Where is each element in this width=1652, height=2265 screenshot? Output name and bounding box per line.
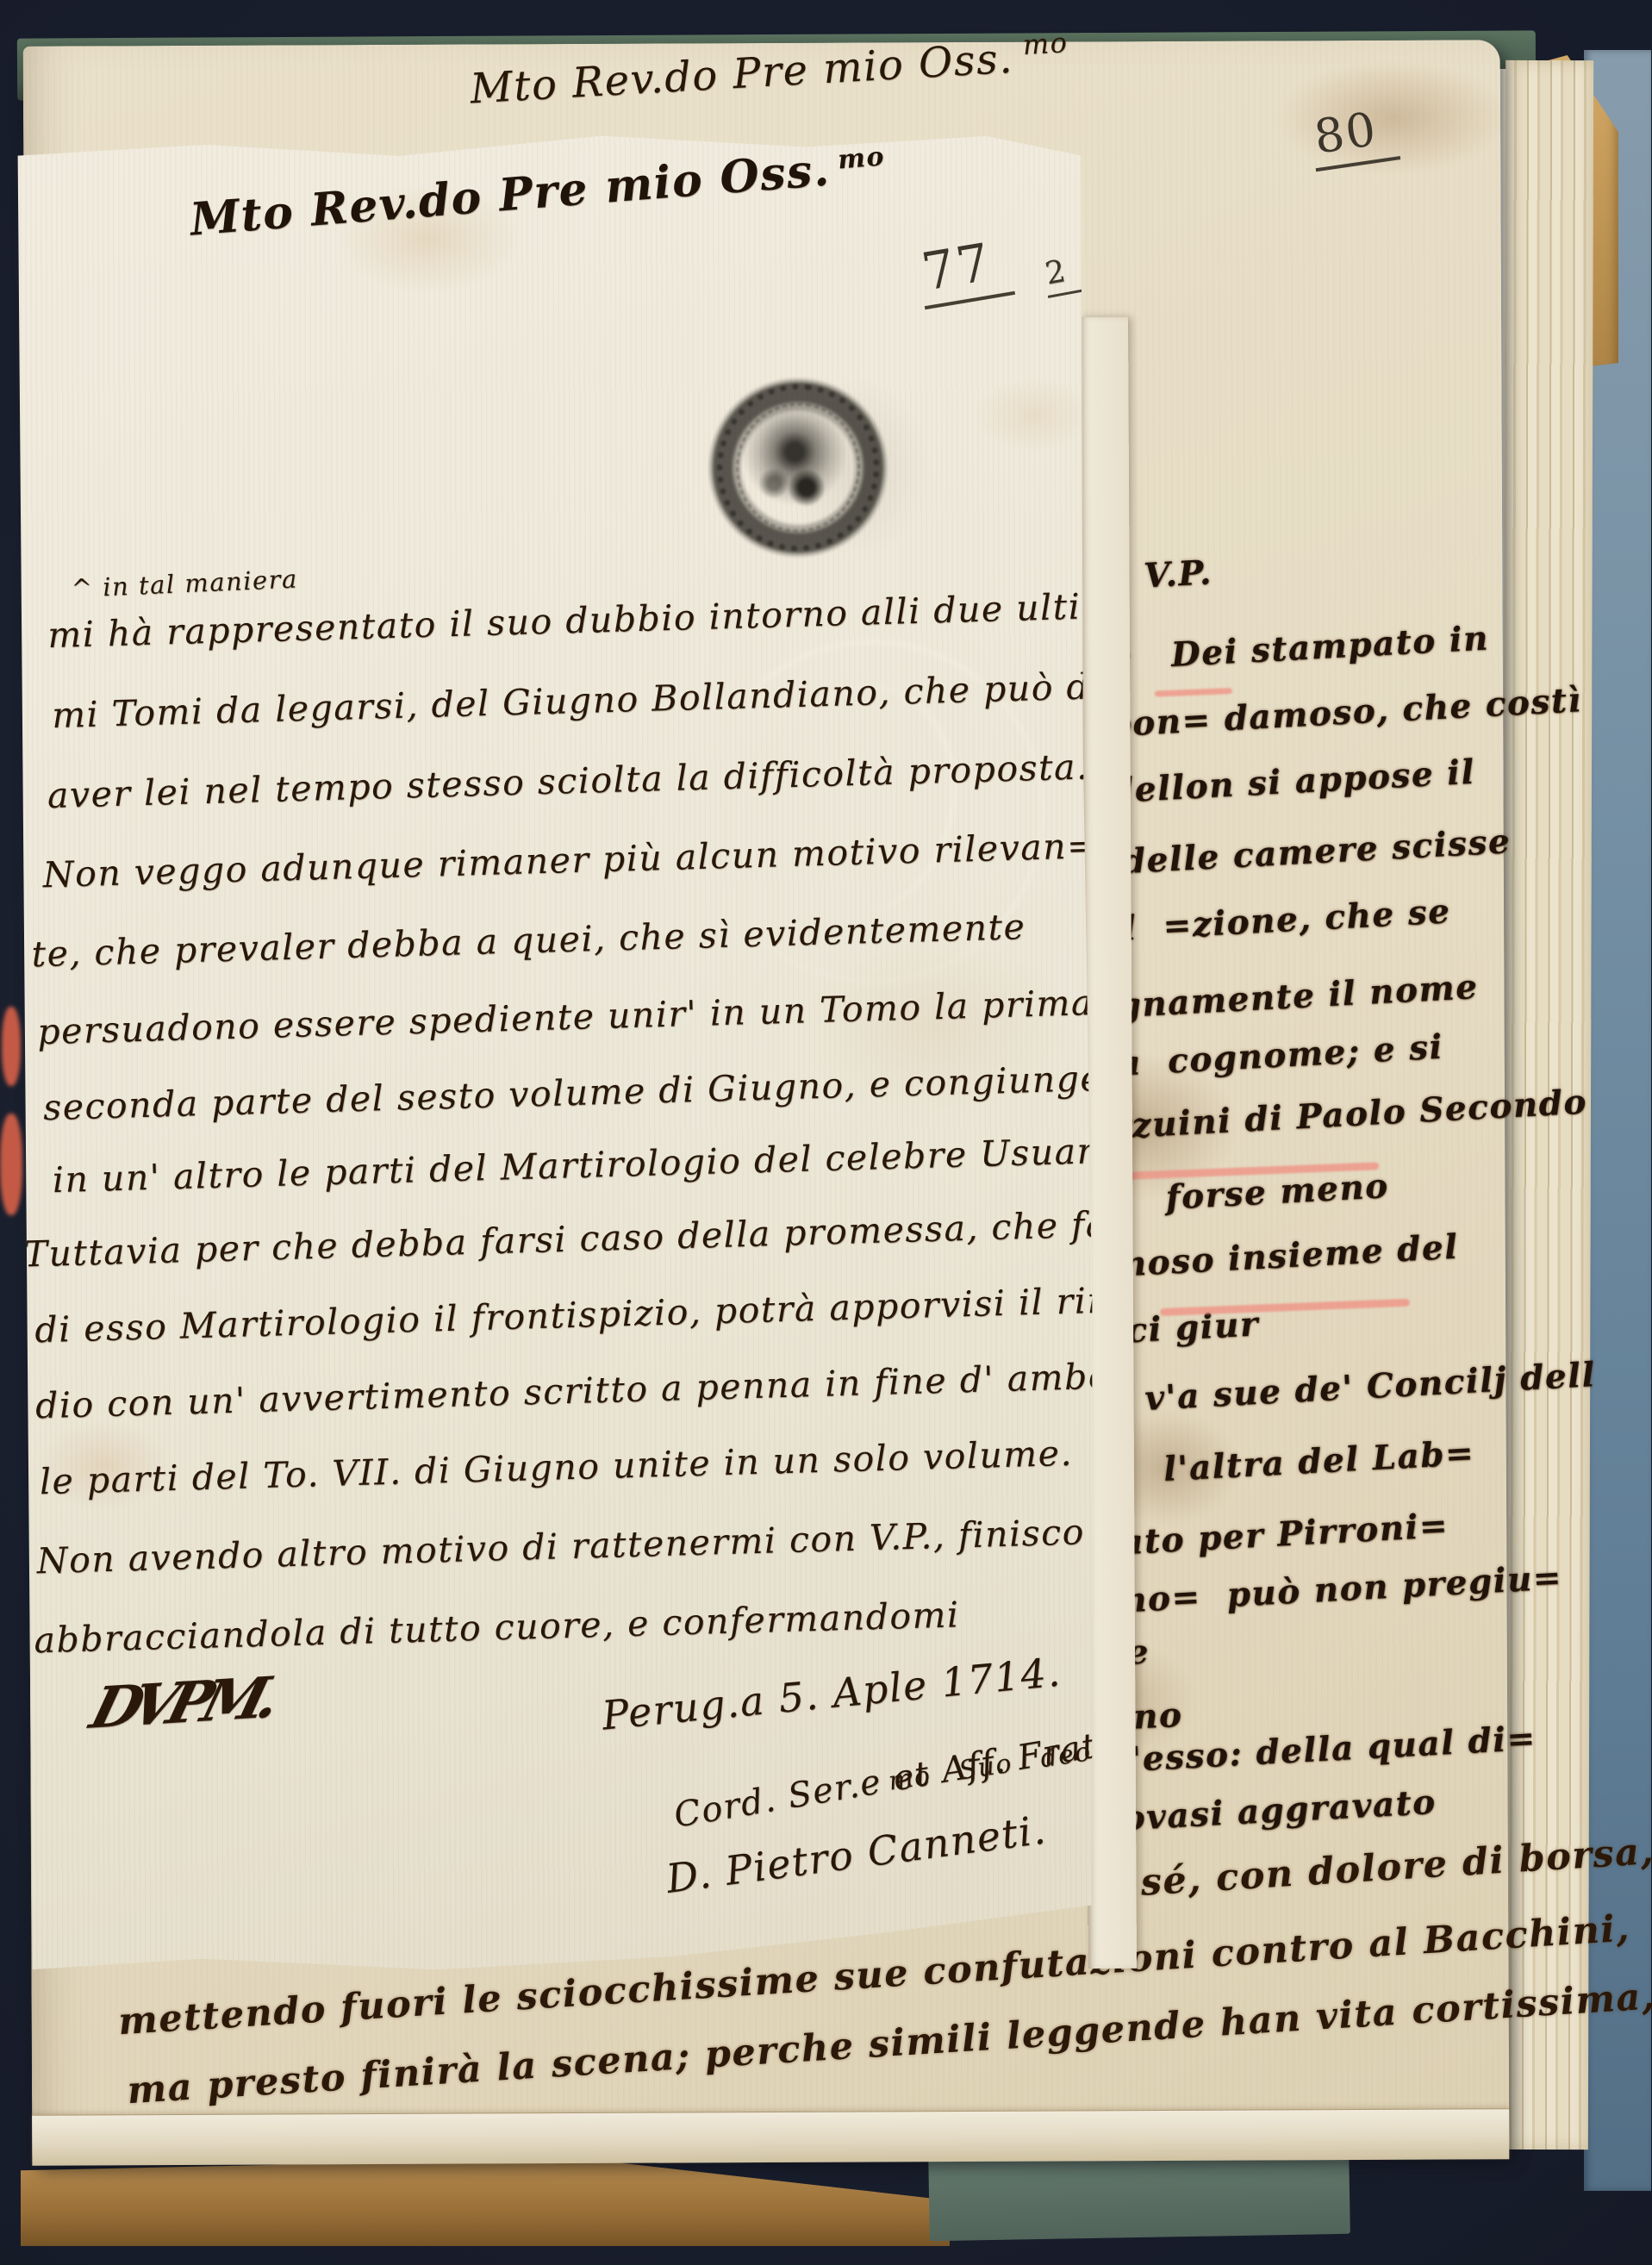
- manuscript-line: mi hà rappresentato il suo dubbio intorn…: [47, 589, 1113, 653]
- red-stain: [0, 1114, 22, 1215]
- text-fragment: o dellon si appose il: [1072, 756, 1475, 811]
- rear-salutation: Mto Rev.do Pre mio Oss.mo: [469, 34, 1069, 109]
- rear-salutation-text: Mto Rev.do Pre mio Oss.: [469, 34, 1014, 114]
- cover-bottom-leather: [21, 2158, 950, 2246]
- manuscript-line: in un' altro le parti del Martirologio d…: [52, 1132, 1154, 1198]
- dateline: Perug.a 5. Aple 1714.: [601, 1652, 1063, 1736]
- folio-number-front: 77: [915, 234, 1016, 310]
- manuscript-line: abbracciandola di tutto cuore, e conferm…: [34, 1597, 960, 1658]
- manuscript-line: dio con un' avvertimento scritto a penna…: [35, 1358, 1111, 1424]
- manuscript-line: di esso Martirologio il frontispizio, po…: [34, 1281, 1175, 1348]
- closing-monogram: DVPM.: [85, 1669, 277, 1736]
- interline-insertion-text: in tal maniera: [103, 564, 299, 602]
- folio-number-rear: 80: [1308, 103, 1400, 172]
- page-bottom-edge: [32, 2108, 1509, 2165]
- text-fragment: gnamente il nome: [1117, 970, 1480, 1023]
- text-fragment: ne l'altra del Lab=: [1075, 1437, 1475, 1492]
- text-fragment: ovasi aggravato: [1122, 1786, 1437, 1836]
- salutation: Mto Rev.do Pre mio Oss.mo: [189, 143, 888, 242]
- manuscript-line: seconda parte del sesto volume di Giugno…: [43, 1060, 1121, 1126]
- manuscript-line: Tuttavia per che debba farsi caso della …: [23, 1207, 1108, 1272]
- text-fragment: ato per Pirroni=: [1120, 1509, 1449, 1560]
- signature-line: Cord. Ser.e et Aff. Fratell.: [671, 1719, 1157, 1833]
- front-letter-sheet: Mto Rev.do Pre mio Oss.mo 77 2 ^ in tal …: [15, 130, 1100, 1974]
- salutation-superscript: mo: [837, 141, 886, 175]
- text-fragment: anno= può non pregiu=: [1073, 1561, 1563, 1620]
- manuscript-line: persuadono essere spediente unir' in un …: [37, 984, 1141, 1051]
- folio-mark: 2: [1041, 253, 1082, 298]
- rear-salutation-superscript: mo: [1022, 26, 1069, 61]
- manuscript-line: le parti del To. VII. di Giugno unite in…: [39, 1436, 1073, 1500]
- salutation-text: Mto Rev.do Pre mio Oss.: [188, 143, 832, 246]
- round-ink-stamp-icon: [695, 363, 901, 573]
- text-fragment: be Dei stampato in: [1084, 621, 1490, 677]
- red-pencil-mark: [1155, 688, 1232, 697]
- insertion-caret: ^: [71, 573, 94, 603]
- red-pencil-underline: [1160, 1299, 1410, 1316]
- red-stain: [2, 1007, 21, 1086]
- interline-insertion: ^ in tal maniera: [71, 566, 298, 601]
- manuscript-line: Non avendo altro motivo di rattenermi co…: [36, 1514, 1085, 1579]
- text-fragment: to delle camere scisse: [1068, 825, 1512, 882]
